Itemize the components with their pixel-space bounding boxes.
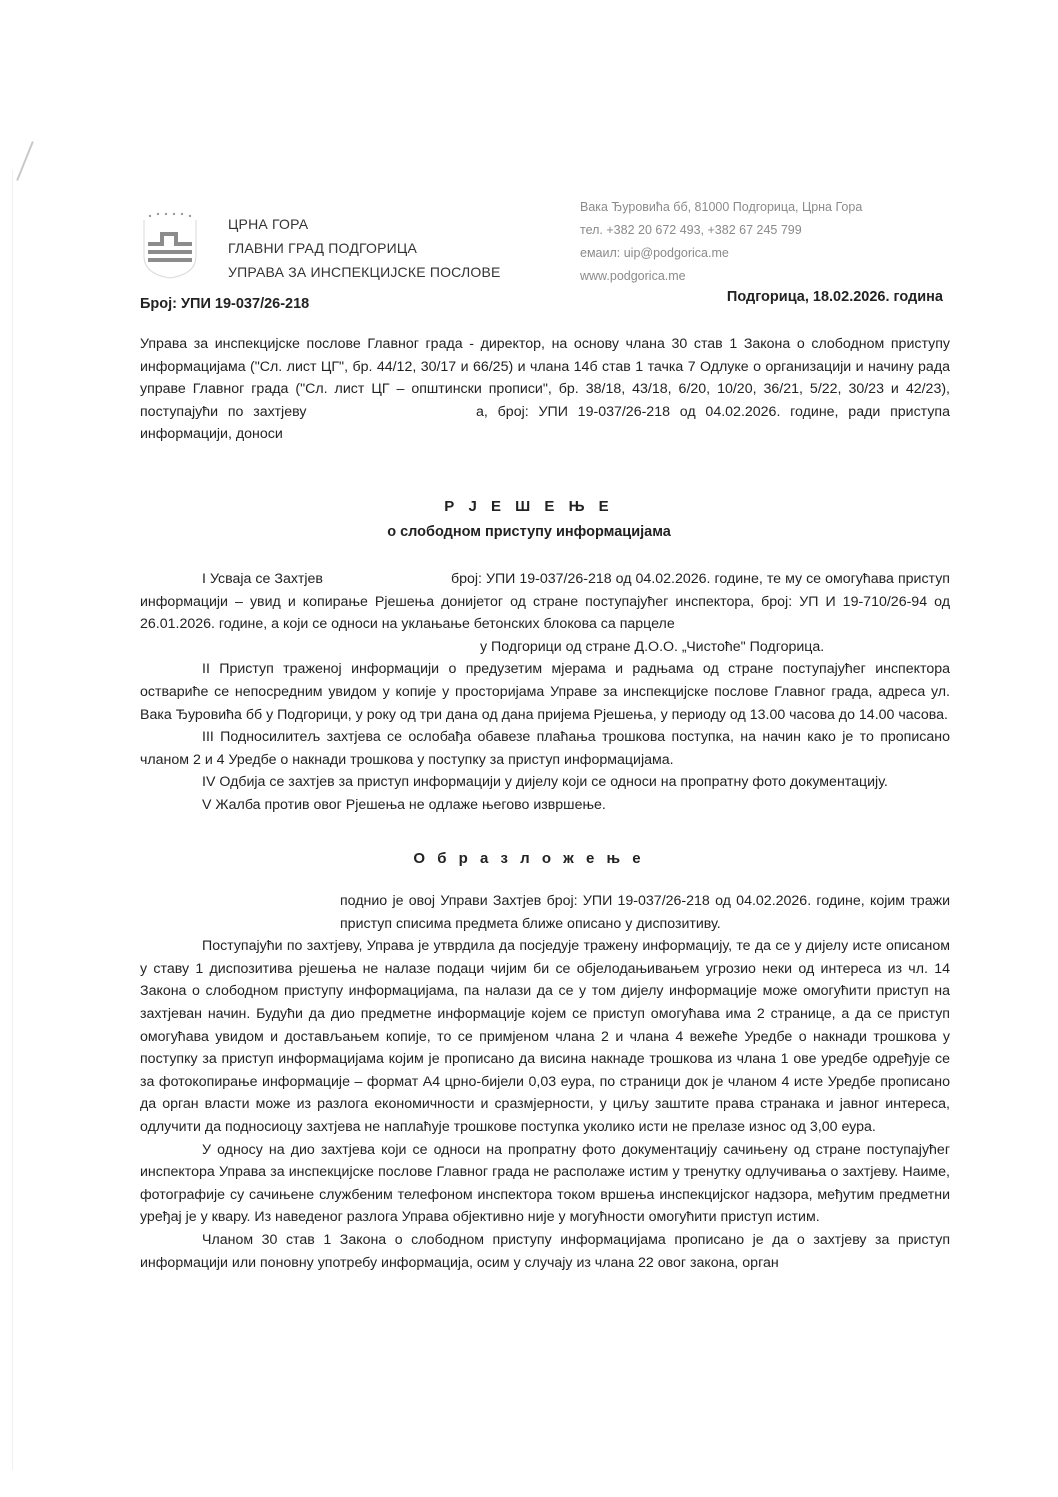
intro-paragraph: Управа за инспекцијске послове Главног г… (140, 333, 950, 446)
coat-of-arms-icon (140, 208, 200, 280)
contact-website: www.podgorica.me (580, 265, 862, 288)
reasoning-title: О б р а з л о ж е њ е (0, 850, 1058, 867)
org-line-department: УПРАВА ЗА ИНСПЕКЦИЈСКЕ ПОСЛОВЕ (228, 260, 501, 284)
scan-edge (12, 170, 13, 1470)
disposition-item-4: IV Одбија се захтјев за приступ информац… (140, 771, 950, 794)
disposition: I Усваја се Захтјев број: УПИ 19-037/26-… (140, 568, 950, 817)
scan-mark (16, 141, 34, 181)
organization-name: ЦРНА ГОРА ГЛАВНИ ГРАД ПОДГОРИЦА УПРАВА З… (228, 212, 501, 284)
reasoning-paragraph-4: Чланом 30 став 1 Закона о слободном прис… (140, 1229, 950, 1274)
disposition-item-1-end: у Подгорици од стране Д.О.О. „Чистоће" П… (140, 636, 950, 659)
decision-title: Р Ј Е Ш Е Њ Е (0, 498, 1058, 515)
disposition-item-3: III Подносилитељ захтјева се ослобађа об… (140, 726, 950, 771)
reference-number: Број: УПИ 19-037/26-218 (140, 296, 309, 312)
disposition-item-1: I Усваја се Захтјев број: УПИ 19-037/26-… (140, 568, 950, 636)
decision-subtitle: о слободном приступу информацијама (0, 524, 1058, 540)
disposition-item-2: II Приступ траженој информацији о предуз… (140, 658, 950, 726)
item-1-start: I Усваја се Захтјев (202, 571, 323, 587)
contact-address: Вака Ђуровића бб, 81000 Подгорица, Црна … (580, 196, 862, 219)
place-date: Подгорица, 18.02.2026. година (727, 289, 943, 305)
reasoning-paragraph-2: Поступајући по захтјеву, Управа је утврд… (140, 935, 950, 1138)
contact-phone: тел. +382 20 672 493, +382 67 245 799 (580, 219, 862, 242)
org-line-city: ГЛАВНИ ГРАД ПОДГОРИЦА (228, 236, 501, 260)
reasoning-paragraph-1: поднио је овој Управи Захтјев број: УПИ … (140, 890, 950, 935)
org-line-country: ЦРНА ГОРА (228, 212, 501, 236)
disposition-item-5: V Жалба против овог Рјешења не одлаже ње… (140, 794, 950, 817)
reasoning: поднио је овој Управи Захтјев број: УПИ … (140, 890, 950, 1274)
reasoning-paragraph-3: У односу на дио захтјева који се односи … (140, 1139, 950, 1229)
contact-block: Вака Ђуровића бб, 81000 Подгорица, Црна … (580, 196, 862, 288)
contact-email: емаил: uip@podgorica.me (580, 242, 862, 265)
